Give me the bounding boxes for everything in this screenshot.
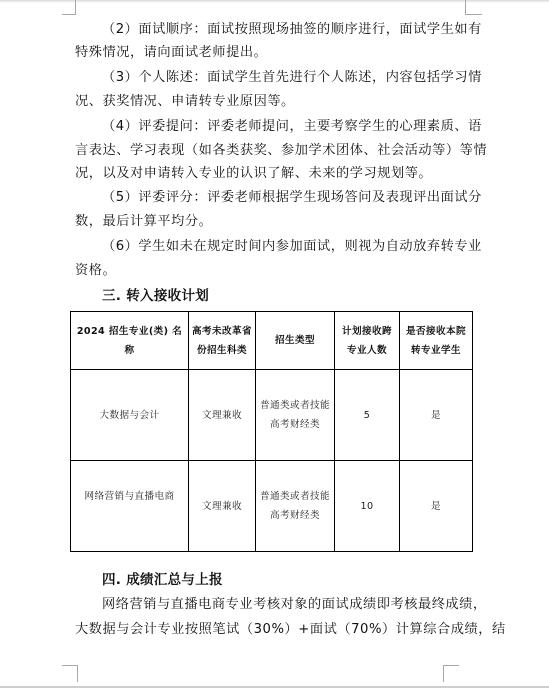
crop-mark-top-left-v	[75, 0, 76, 15]
paragraph-line: 况，以及对申请转入专业的认识了解、未来的学习规划等。	[75, 166, 475, 182]
paragraph-line: （2）面试顺序：面试按照现场抽签的顺序进行，面试学生如有	[102, 22, 502, 38]
paragraph-line: 网络营销与直播电商专业考核对象的面试成绩即考核最终成绩，	[102, 597, 502, 613]
crop-mark-bottom-left-h	[62, 665, 77, 666]
table-cell-type: 普通类或者技能高考财经类	[256, 461, 335, 552]
paragraph-line: （3）个人陈述：面试学生首先进行个人陈述，内容包括学习情	[102, 70, 502, 86]
crop-mark-top-right-h	[465, 14, 482, 15]
table-header-cell: 招生类型	[256, 312, 335, 370]
paragraph-line: （6）学生如未在规定时间内参加面试，则视为自动放弃转专业	[102, 239, 502, 255]
table-row: 网络营销与直播电商 文理兼收 普通类或者技能高考财经类 10 是	[71, 461, 473, 552]
table-header-cell: 2024 招生专业(类) 名称	[71, 312, 189, 370]
paragraph-line: 大数据与会计专业按照笔试（30%）+面试（70%）计算综合成绩，结	[75, 622, 475, 638]
table-cell-major: 网络营销与直播电商	[71, 461, 189, 552]
paragraph-line: （4）评委提问：评委老师提问，主要考察学生的心理素质、语	[102, 119, 502, 135]
paragraph-line: 资格。	[75, 263, 475, 279]
section-heading: 三. 转入接收计划	[102, 288, 502, 304]
enrollment-plan-table: 2024 招生专业(类) 名称 高考未改革省份招生科类 招生类型 计划接收跨专业…	[70, 311, 473, 552]
table-cell-accept: 是	[400, 370, 473, 461]
paragraph-line: 况、获奖情况、申请转专业原因等。	[75, 94, 475, 110]
table-cell-type: 普通类或者技能高考财经类	[256, 370, 335, 461]
paragraph-line: 特殊情况，请向面试老师提出。	[75, 45, 475, 61]
table-cell-count: 10	[335, 461, 400, 552]
paragraph-line: （5）评委评分：评委老师根据学生现场答问及表现评出面试分	[102, 190, 502, 206]
crop-mark-bottom-left-v	[77, 665, 78, 682]
crop-mark-bottom-right-h	[443, 665, 459, 666]
table-cell-subject: 文理兼收	[189, 370, 256, 461]
table-cell-major: 大数据与会计	[71, 370, 189, 461]
crop-mark-bottom-right-v	[443, 665, 444, 682]
table-header-row: 2024 招生专业(类) 名称 高考未改革省份招生科类 招生类型 计划接收跨专业…	[71, 312, 473, 370]
paragraph-line: 言表达、学习表现（如各类获奖、参加学术团体、社会活动等）等情	[75, 143, 475, 159]
table-cell-subject: 文理兼收	[189, 461, 256, 552]
page-top-edge	[0, 0, 549, 3]
table-header-cell: 高考未改革省份招生科类	[189, 312, 256, 370]
section-heading: 四. 成绩汇总与上报	[102, 572, 502, 588]
table-header-cell: 是否接收本院转专业学生	[400, 312, 473, 370]
table-header-cell: 计划接收跨专业人数	[335, 312, 400, 370]
paragraph-line: 数，最后计算平均分。	[75, 214, 475, 230]
crop-mark-top-left-h	[62, 14, 76, 15]
crop-mark-top-right-v	[465, 0, 466, 15]
table-row: 大数据与会计 文理兼收 普通类或者技能高考财经类 5 是	[71, 370, 473, 461]
table-cell-accept: 是	[400, 461, 473, 552]
table-cell-count: 5	[335, 370, 400, 461]
